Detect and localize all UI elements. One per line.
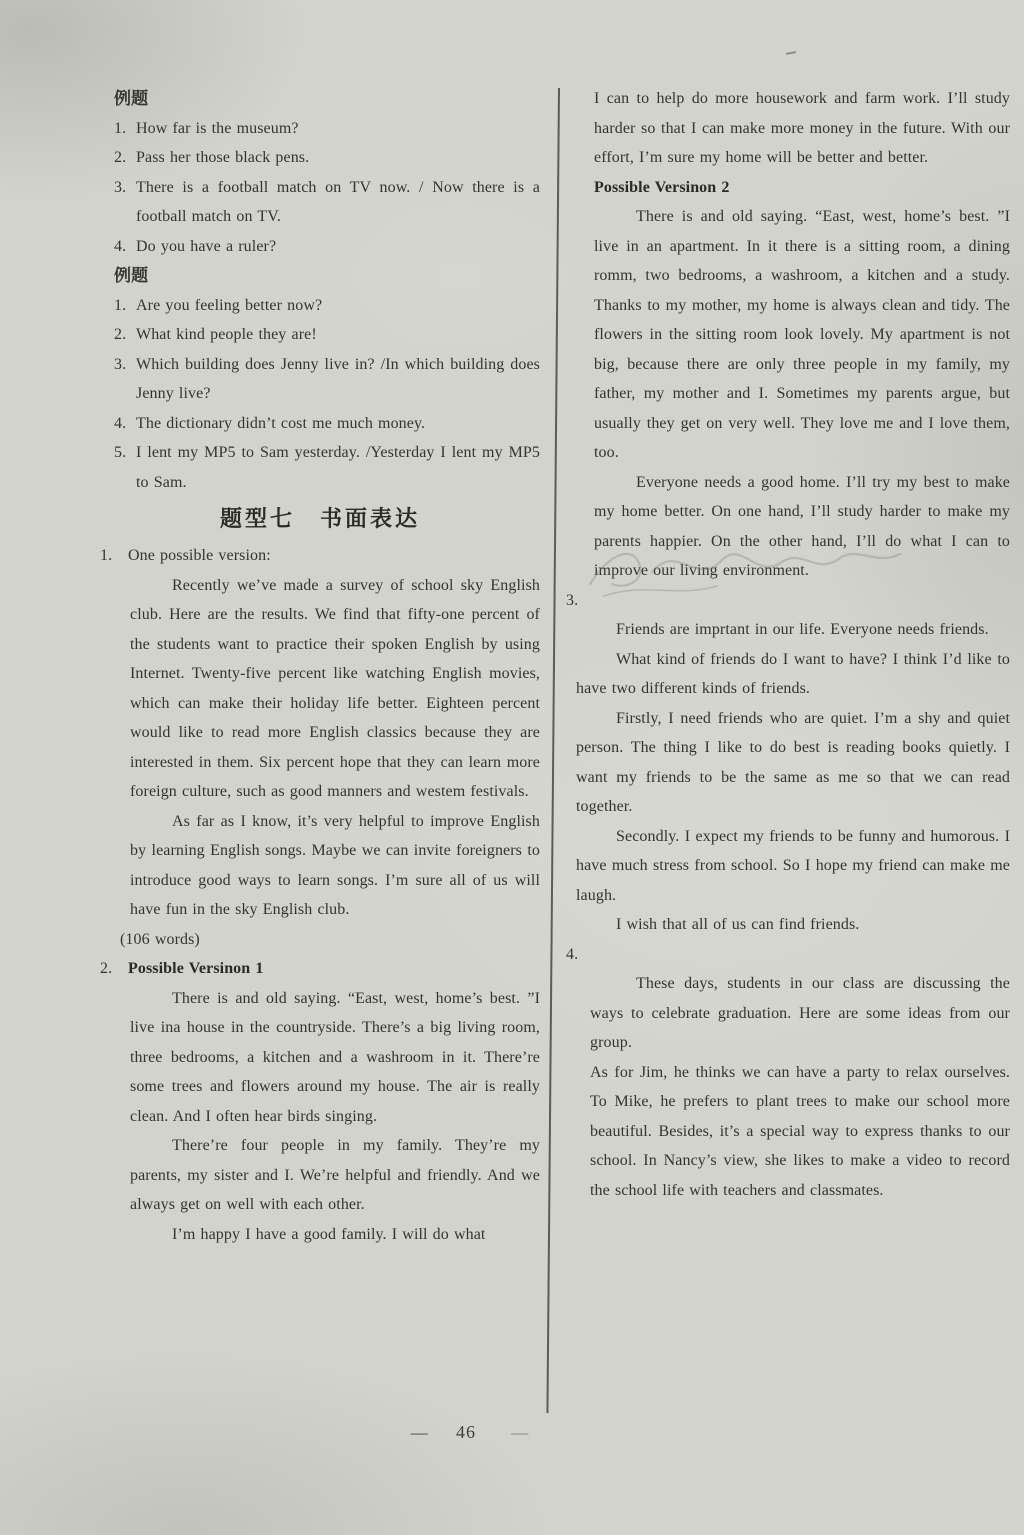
stray-pencil-mark [786, 51, 796, 55]
item-text: How far is the museum? [136, 120, 299, 137]
essay-paragraph-continued: I can to help do more housework and farm… [594, 84, 1010, 173]
item-number: 1. [114, 291, 126, 321]
essay-paragraph: What kind of friends do I want to have? … [576, 645, 1010, 704]
essay-paragraph: I wish that all of us can find friends. [576, 910, 1010, 940]
numbered-answer: 2.Possible Versinon 1 [100, 954, 540, 984]
essay-paragraph: Firstly, I need friends who are quiet. I… [576, 704, 1010, 822]
item-text: Possible Versinon 1 [128, 960, 264, 977]
answer-item: 1.How far is the museum? [114, 114, 540, 144]
numbered-answer: 1.One possible version: [100, 541, 540, 571]
word-count: (106 words) [120, 925, 540, 955]
footer-dash-left: — [411, 1423, 429, 1442]
item-number: 2. [114, 143, 126, 173]
answer-item: 2.Pass her those black pens. [114, 143, 540, 173]
item-number: 5. [114, 438, 126, 468]
item-text: I lent my MP5 to Sam yesterday. /Yesterd… [136, 444, 540, 491]
item-text: One possible version: [128, 547, 271, 564]
item-text: Are you feeling better now? [136, 297, 322, 314]
version-heading: Possible Versinon 2 [594, 173, 1010, 203]
page-number: 46 [456, 1422, 476, 1442]
item-text: The dictionary didn’t cost me much money… [136, 415, 425, 432]
essay-paragraph: There’re four people in my family. They’… [130, 1131, 540, 1220]
answer-item: 4.The dictionary didn’t cost me much mon… [114, 409, 540, 439]
scanned-page: 例题1.How far is the museum?2.Pass her tho… [0, 0, 1024, 1535]
column-right: I can to help do more housework and farm… [564, 84, 1010, 1205]
essay-paragraph: I’m happy I have a good family. I will d… [130, 1220, 540, 1250]
item-number: 3. [114, 173, 126, 203]
essay-paragraph: Everyone needs a good home. I’ll try my … [594, 468, 1010, 586]
item-text: Which building does Jenny live in? /In w… [136, 356, 540, 403]
page-footer: — 46 — [0, 1422, 940, 1443]
answer-item: 5.I lent my MP5 to Sam yesterday. /Yeste… [114, 438, 540, 497]
item-text: What kind people they are! [136, 326, 317, 343]
answer-item: 1.Are you feeling better now? [114, 291, 540, 321]
item-number: 1. [114, 114, 126, 144]
answer-item: 3.There is a football match on TV now. /… [114, 173, 540, 232]
essay-paragraph: Secondly. I expect my friends to be funn… [576, 822, 1010, 911]
answer-item: 2.What kind people they are! [114, 320, 540, 350]
answer-number: 4. [566, 940, 1010, 970]
column-divider-line [546, 88, 559, 1413]
item-number: 4. [114, 409, 126, 439]
example-label: 例题 [114, 261, 540, 291]
item-text: There is a football match on TV now. / N… [136, 179, 540, 226]
essay-paragraph: These days, students in our class are di… [590, 969, 1010, 1058]
footer-dash-right: — [511, 1423, 529, 1442]
answer-number: 3. [566, 586, 1010, 616]
example-label: 例题 [114, 84, 540, 114]
essay-paragraph: There is and old saying. “East, west, ho… [594, 202, 1010, 468]
essay-paragraph: There is and old saying. “East, west, ho… [130, 984, 540, 1132]
essay-paragraph: As for Jim, he thinks we can have a part… [590, 1058, 1010, 1206]
item-number: 4. [114, 232, 126, 262]
item-number: 3. [114, 350, 126, 380]
section-heading: 题型七 书面表达 [100, 500, 540, 538]
column-left: 例题1.How far is the museum?2.Pass her tho… [100, 84, 540, 1249]
answer-item: 4.Do you have a ruler? [114, 232, 540, 262]
item-text: Pass her those black pens. [136, 149, 309, 166]
item-number: 2. [114, 320, 126, 350]
essay-paragraph: Recently we’ve made a survey of school s… [130, 571, 540, 807]
essay-paragraph: As far as I know, it’s very helpful to i… [130, 807, 540, 925]
essay-paragraph: Friends are imprtant in our life. Everyo… [576, 615, 1010, 645]
answer-item: 3.Which building does Jenny live in? /In… [114, 350, 540, 409]
item-number: 1. [100, 541, 112, 571]
item-text: Do you have a ruler? [136, 238, 276, 255]
item-number: 2. [100, 954, 112, 984]
